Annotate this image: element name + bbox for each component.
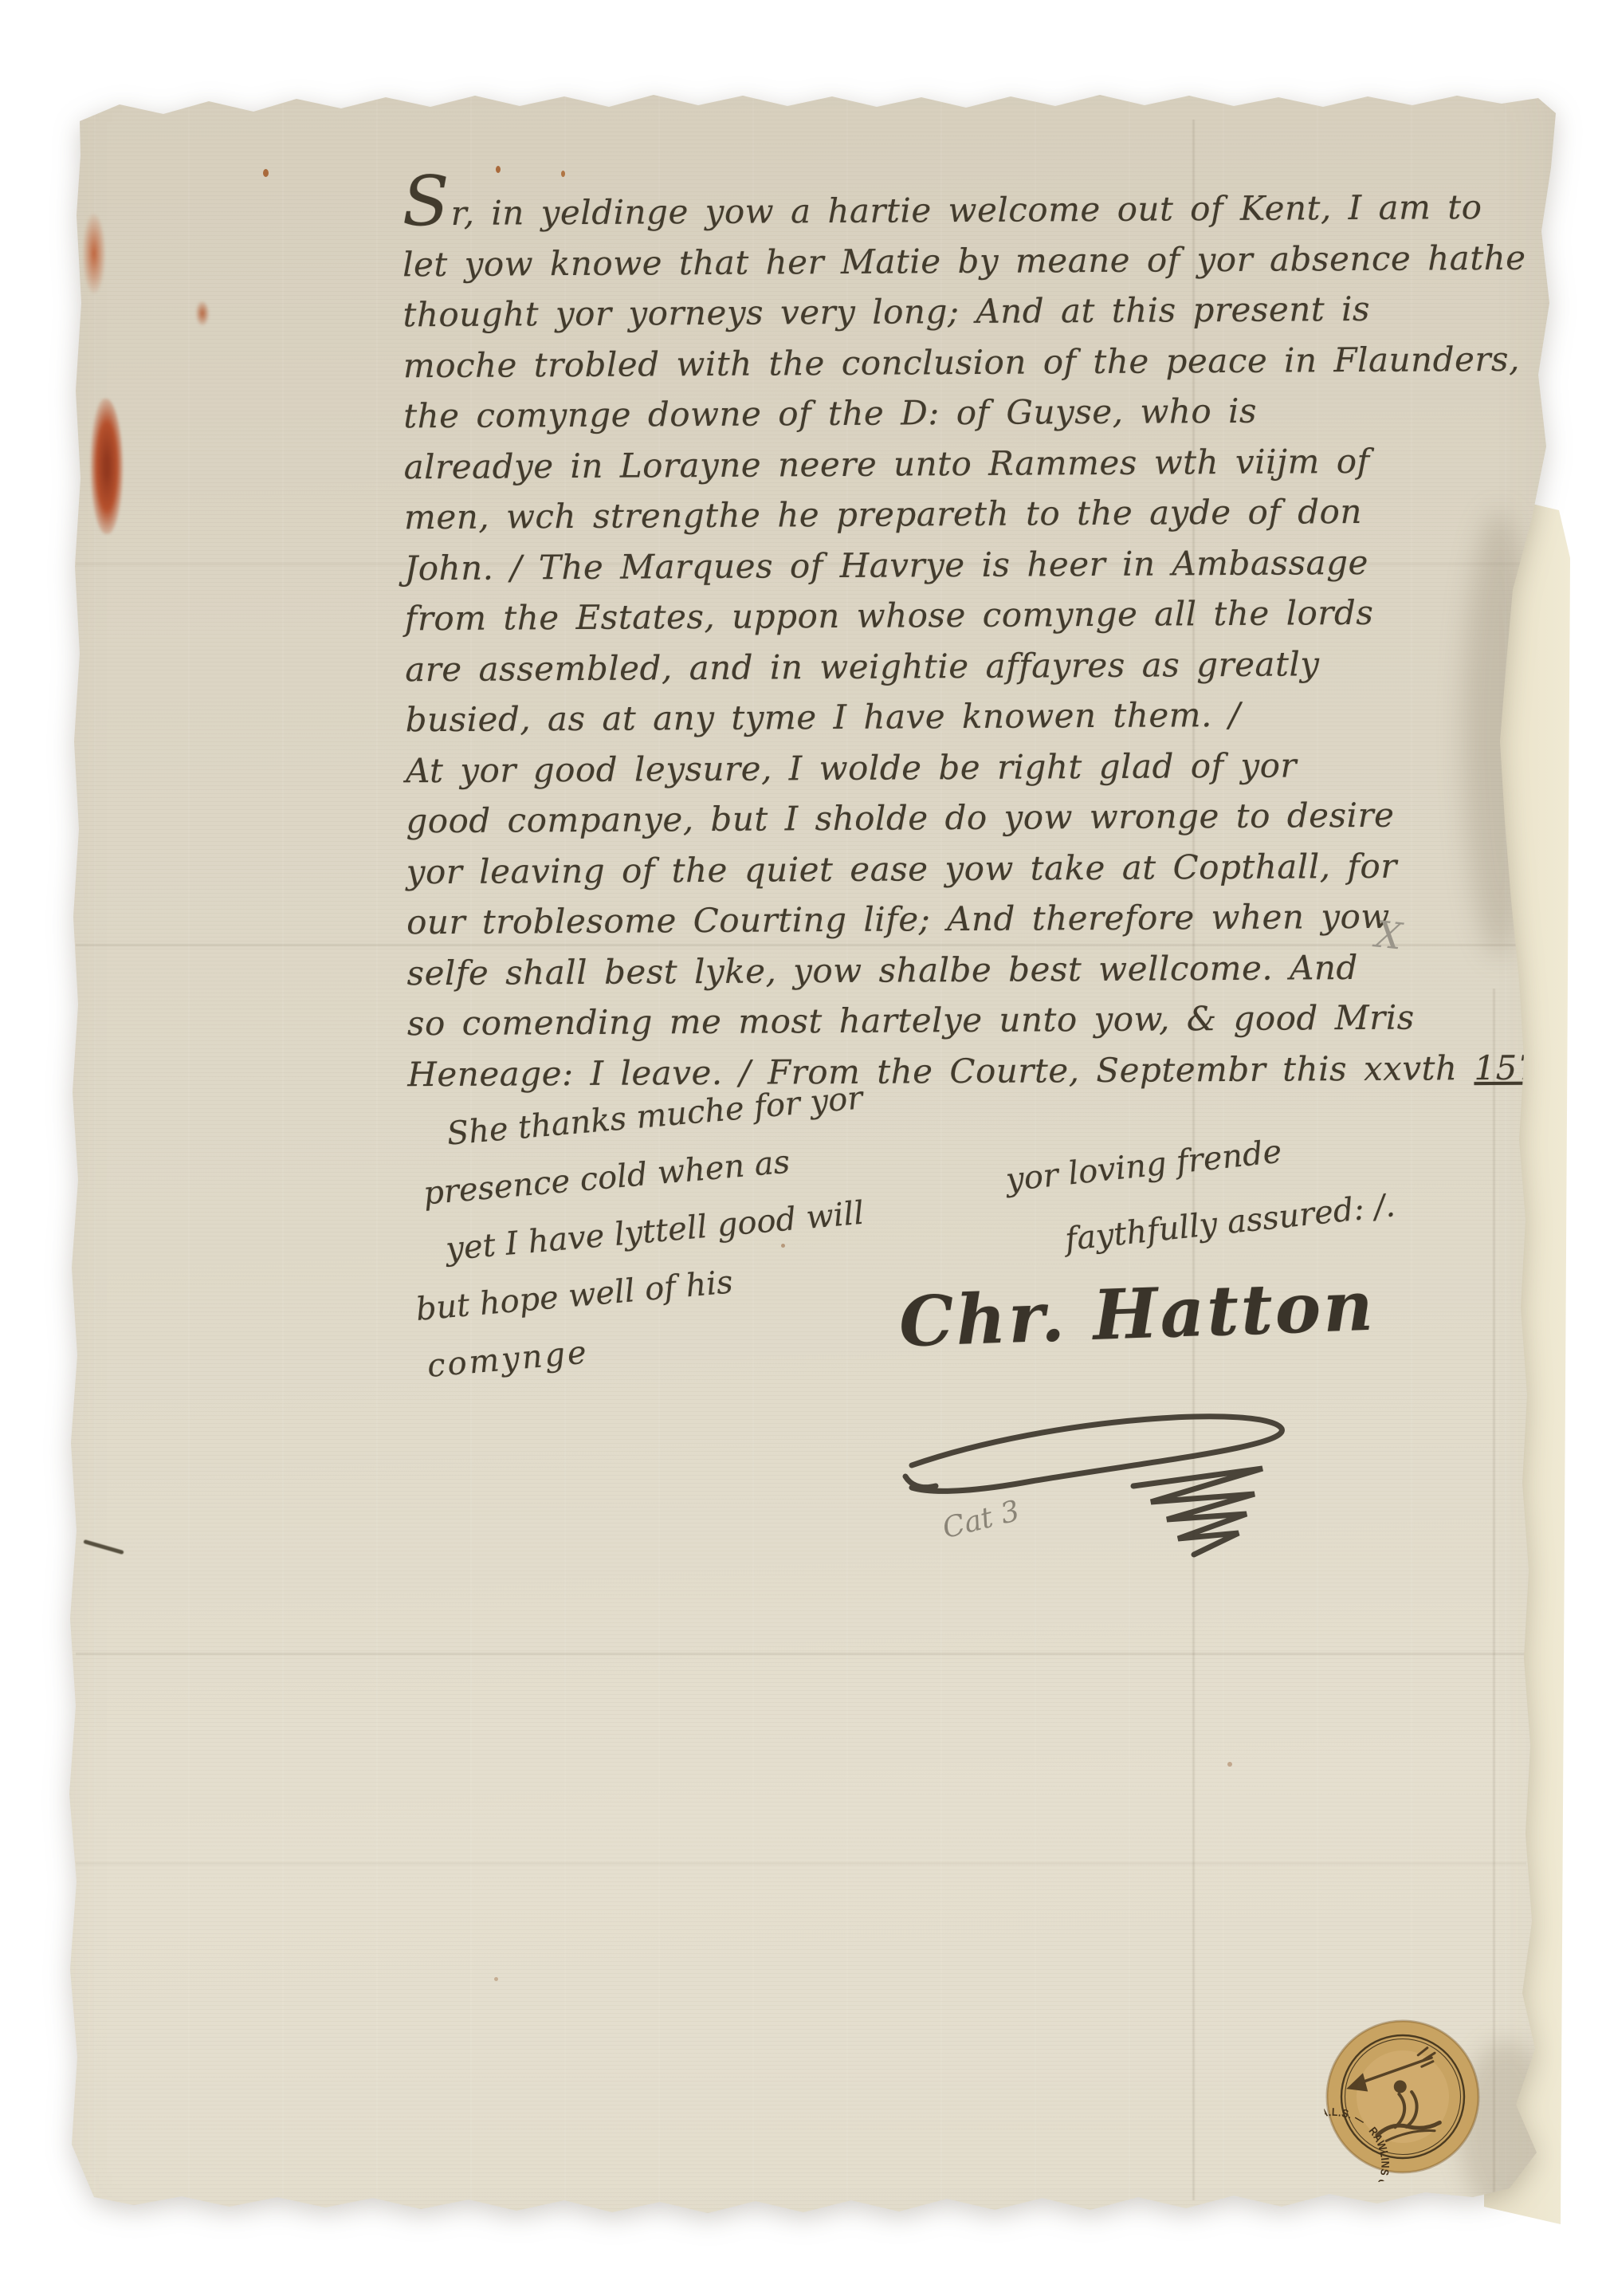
letter-line: selfe shall best lyke, yow shalbe best w…: [406, 941, 1529, 998]
letter-line: At yor good leysure, I wolde be right gl…: [406, 738, 1528, 796]
foxing-speck: [263, 169, 269, 177]
letter-line: let yow knowe that her Matie by meane of…: [402, 232, 1525, 289]
letter-line: the comynge downe of the D: of Guyse, wh…: [403, 384, 1526, 442]
crease-line: [76, 1862, 1526, 1866]
letter-line: John. / The Marques of Havrye is heer in…: [404, 536, 1526, 593]
pencil-x-mark: X: [1373, 912, 1404, 957]
letter-line: Sr, in yeldinge yow a hartie welcome out…: [402, 177, 1525, 239]
collection-stamp: RAWLINS COLLECTION : HISTORICAL DOCS. AN…: [1310, 2004, 1495, 2189]
foxing-speck: [494, 1977, 498, 1981]
paper-sheet: Sr, in yeldinge yow a hartie welcome out…: [0, 0, 1606, 2296]
letter-dateline: Heneage: I leave. / From the Courte, Sep…: [407, 1042, 1529, 1099]
scanned-letter-page: Sr, in yeldinge yow a hartie welcome out…: [0, 0, 1606, 2296]
letter-body: Sr, in yeldinge yow a hartie welcome out…: [402, 177, 1530, 1100]
foxing-speck: [496, 166, 501, 173]
letter-line: moche trobled with the conclusion of the…: [403, 333, 1526, 391]
letter-line: from the Estates, uppon whose comynge al…: [405, 587, 1527, 644]
letter-line: our troblesome Courting life; And theref…: [406, 890, 1529, 948]
letter-line: alreadye in Lorayne neere unto Rammes wt…: [403, 434, 1526, 492]
wax-stain: [196, 301, 209, 325]
wax-stain: [83, 214, 105, 293]
foxing-speck: [561, 171, 565, 177]
signature-flourish-icon: [886, 1389, 1333, 1580]
dateline-year: 1578: [1474, 1048, 1561, 1087]
letter-line: good companye, but I sholde do yow wrong…: [406, 789, 1528, 847]
letter-line: so comending me most hartelye unto yow, …: [407, 992, 1529, 1049]
postscript: She thanks muche for yor presence cold w…: [399, 1069, 885, 1395]
letter-line: men, wch strengthe he prepareth to the a…: [404, 486, 1526, 543]
letter-line: thought yor yorneys very long; And at th…: [402, 283, 1525, 340]
ink-dash-mark: [83, 1539, 124, 1555]
paper-wrap: Sr, in yeldinge yow a hartie welcome out…: [0, 0, 1606, 2296]
letter-line: are assembled, and in weightie affayres …: [405, 637, 1527, 694]
crease-line: [76, 1652, 1526, 1656]
wax-stain: [91, 399, 123, 534]
letter-line: yor leaving of the quiet ease yow take a…: [406, 839, 1529, 897]
valediction: yor loving frende faythfully assured: /.: [1003, 1108, 1399, 1278]
crease-line: [1492, 989, 1496, 2200]
signature: Chr. Hatton: [897, 1266, 1376, 1363]
dateline-text: Heneage: I leave. / From the Courte, Sep…: [407, 1048, 1474, 1094]
foxing-speck: [1227, 1762, 1232, 1767]
letter-line: busied, as at any tyme I have knowen the…: [405, 688, 1527, 745]
